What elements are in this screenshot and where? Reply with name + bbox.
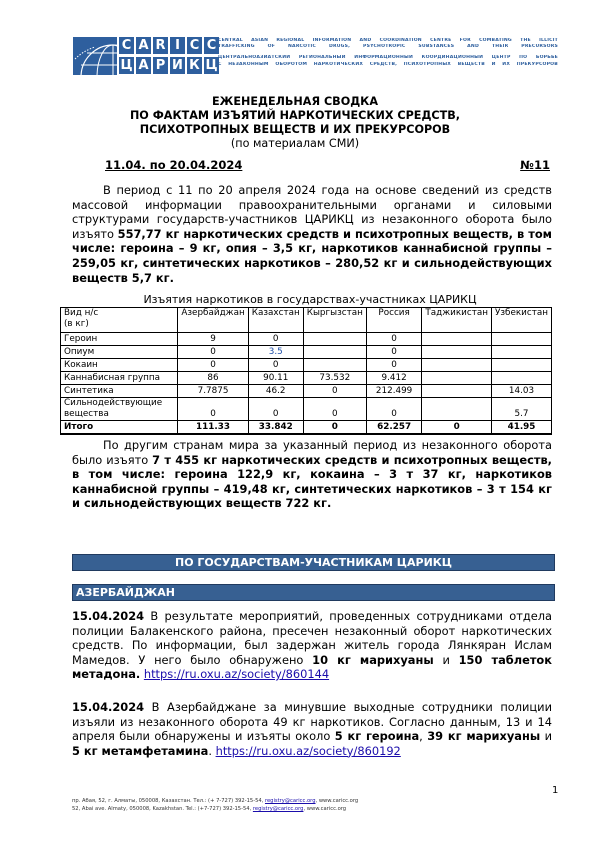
section-azerbaijan-bar: АЗЕРБАЙДЖАН — [72, 584, 555, 601]
col-header: Узбекистан — [491, 308, 551, 333]
table-cell — [422, 398, 492, 421]
table-cell — [422, 372, 492, 385]
row-label: Каннабисная группа — [61, 372, 178, 385]
row-label: Сильнодействующие вещества — [61, 398, 178, 421]
table-cell: 0 — [366, 333, 422, 346]
table-cell: 0 — [178, 398, 248, 421]
logo-latin: C A R I C C — [119, 37, 219, 54]
organization-name: CENTRAL ASIAN REGIONAL INFORMATION AND C… — [218, 38, 558, 68]
table-cell: 33.842 — [248, 421, 303, 435]
org-name-ru-2: С НЕЗАКОННЫМ ОБОРОТОМ НАРКОТИЧЕСКИХ СРЕД… — [218, 62, 558, 68]
caricc-logo: C A R I C C Ц А Р И К Ц — [73, 36, 213, 76]
news-item: 15.04.2024 В Азербайджане за минувшие вы… — [72, 700, 552, 758]
table-cell: 0 — [366, 346, 422, 359]
table-cell: 86 — [178, 372, 248, 385]
table-cell — [422, 385, 492, 398]
news-date: 15.04.2024 — [72, 700, 144, 714]
table-cell: 73.532 — [303, 372, 366, 385]
news-source-link[interactable]: https://ru.oxu.az/society/860144 — [144, 667, 329, 681]
col-header: Казахстан — [248, 308, 303, 333]
table-cell — [491, 333, 551, 346]
table-cell: 0 — [303, 385, 366, 398]
col-header: Таджикистан — [422, 308, 492, 333]
table-row: Героин900 — [61, 333, 552, 346]
table-cell: 0 — [178, 346, 248, 359]
table-cell: 212.499 — [366, 385, 422, 398]
news-item: 15.04.2024 В результате мероприятий, про… — [72, 609, 552, 682]
table-cell — [422, 359, 492, 372]
section-members-bar: ПО ГОСУДАРСТВАМ-УЧАСТНИКАМ ЦАРИКЦ — [72, 554, 555, 571]
table-cell: 14.03 — [491, 385, 551, 398]
row-label: Итого — [61, 421, 178, 435]
col-header: Россия — [366, 308, 422, 333]
logo-cyrillic: Ц А Р И К Ц — [119, 57, 219, 74]
table-row: Каннабисная группа8690.1173.5329.412 — [61, 372, 552, 385]
table-row: Кокаин000 — [61, 359, 552, 372]
footer-address: пр. Абая, 52, г. Алматы, 050008, Казахст… — [72, 797, 358, 813]
world-paragraph: По другим странам мира за указанный пери… — [72, 438, 552, 511]
seizures-table: Вид н/с(в кг) Азербайджан Казахстан Кырг… — [60, 307, 552, 435]
globe-icon — [73, 37, 117, 75]
table-cell: 9.412 — [366, 372, 422, 385]
row-label: Героин — [61, 333, 178, 346]
table-cell — [491, 372, 551, 385]
row-label: Синтетика — [61, 385, 178, 398]
row-label: Опиум — [61, 346, 178, 359]
table-cell: 0 — [366, 359, 422, 372]
subtitle: (по материалам СМИ) — [60, 137, 530, 151]
table-header-row: Вид н/с(в кг) Азербайджан Казахстан Кырг… — [61, 308, 552, 333]
table-cell — [491, 346, 551, 359]
page-number: 1 — [552, 785, 558, 796]
table-row: Синтетика7.787546.20212.49914.03 — [61, 385, 552, 398]
table-cell: 90.11 — [248, 372, 303, 385]
table-cell: 0 — [422, 421, 492, 435]
table-cell — [303, 333, 366, 346]
col-header: Кыргызстан — [303, 308, 366, 333]
table-cell — [422, 346, 492, 359]
org-name-en-2: TRAFFICKING OF NARCOTIC DRUGS, PSYCHOTRO… — [218, 44, 558, 50]
table-total-row: Итого111.3333.842062.257041.95 — [61, 421, 552, 435]
document-title: ЕЖЕНЕДЕЛЬНАЯ СВОДКА ПО ФАКТАМ ИЗЪЯТИЙ НА… — [60, 95, 530, 151]
table-cell: 0 — [366, 398, 422, 421]
table-cell: 0 — [178, 359, 248, 372]
table-cell: 5.7 — [491, 398, 551, 421]
table-cell: 9 — [178, 333, 248, 346]
row-label: Кокаин — [61, 359, 178, 372]
table-caption: Изъятия наркотиков в государствах-участн… — [60, 293, 560, 306]
email-link[interactable]: registry@caricc.org — [265, 798, 316, 804]
table-cell: 0 — [303, 398, 366, 421]
table-cell: 41.95 — [491, 421, 551, 435]
email-link[interactable]: registry@caricc.org — [253, 806, 304, 812]
table-cell: 0 — [303, 421, 366, 435]
org-name-ru-1: ЦЕНТРАЛЬНОАЗИАТСКИЙ РЕГИОНАЛЬНЫЙ ИНФОРМА… — [218, 55, 558, 61]
table-cell: 62.257 — [366, 421, 422, 435]
table-row: Опиум03.50 — [61, 346, 552, 359]
table-cell: 0 — [248, 333, 303, 346]
letterhead: C A R I C C Ц А Р И К Ц CENTRAL ASIAN RE… — [73, 36, 553, 76]
col-header: Азербайджан — [178, 308, 248, 333]
report-number: №11 — [520, 158, 550, 172]
table-cell: 46.2 — [248, 385, 303, 398]
table-cell: 0 — [248, 398, 303, 421]
table-cell — [303, 359, 366, 372]
news-source-link[interactable]: https://ru.oxu.az/society/860192 — [216, 744, 401, 758]
table-cell: 3.5 — [248, 346, 303, 359]
intro-paragraph: В период с 11 по 20 апреля 2024 года на … — [72, 183, 552, 285]
report-period: 11.04. по 20.04.2024 — [105, 158, 242, 172]
table-cell — [303, 346, 366, 359]
col-header-type: Вид н/с(в кг) — [61, 308, 178, 333]
table-cell — [422, 333, 492, 346]
table-cell: 0 — [248, 359, 303, 372]
document-page: C A R I C C Ц А Р И К Ц CENTRAL ASIAN RE… — [0, 0, 598, 841]
table-cell — [491, 359, 551, 372]
table-cell: 7.7875 — [178, 385, 248, 398]
table-cell: 111.33 — [178, 421, 248, 435]
news-date: 15.04.2024 — [72, 609, 144, 623]
table-row: Сильнодействующие вещества00005.7 — [61, 398, 552, 421]
